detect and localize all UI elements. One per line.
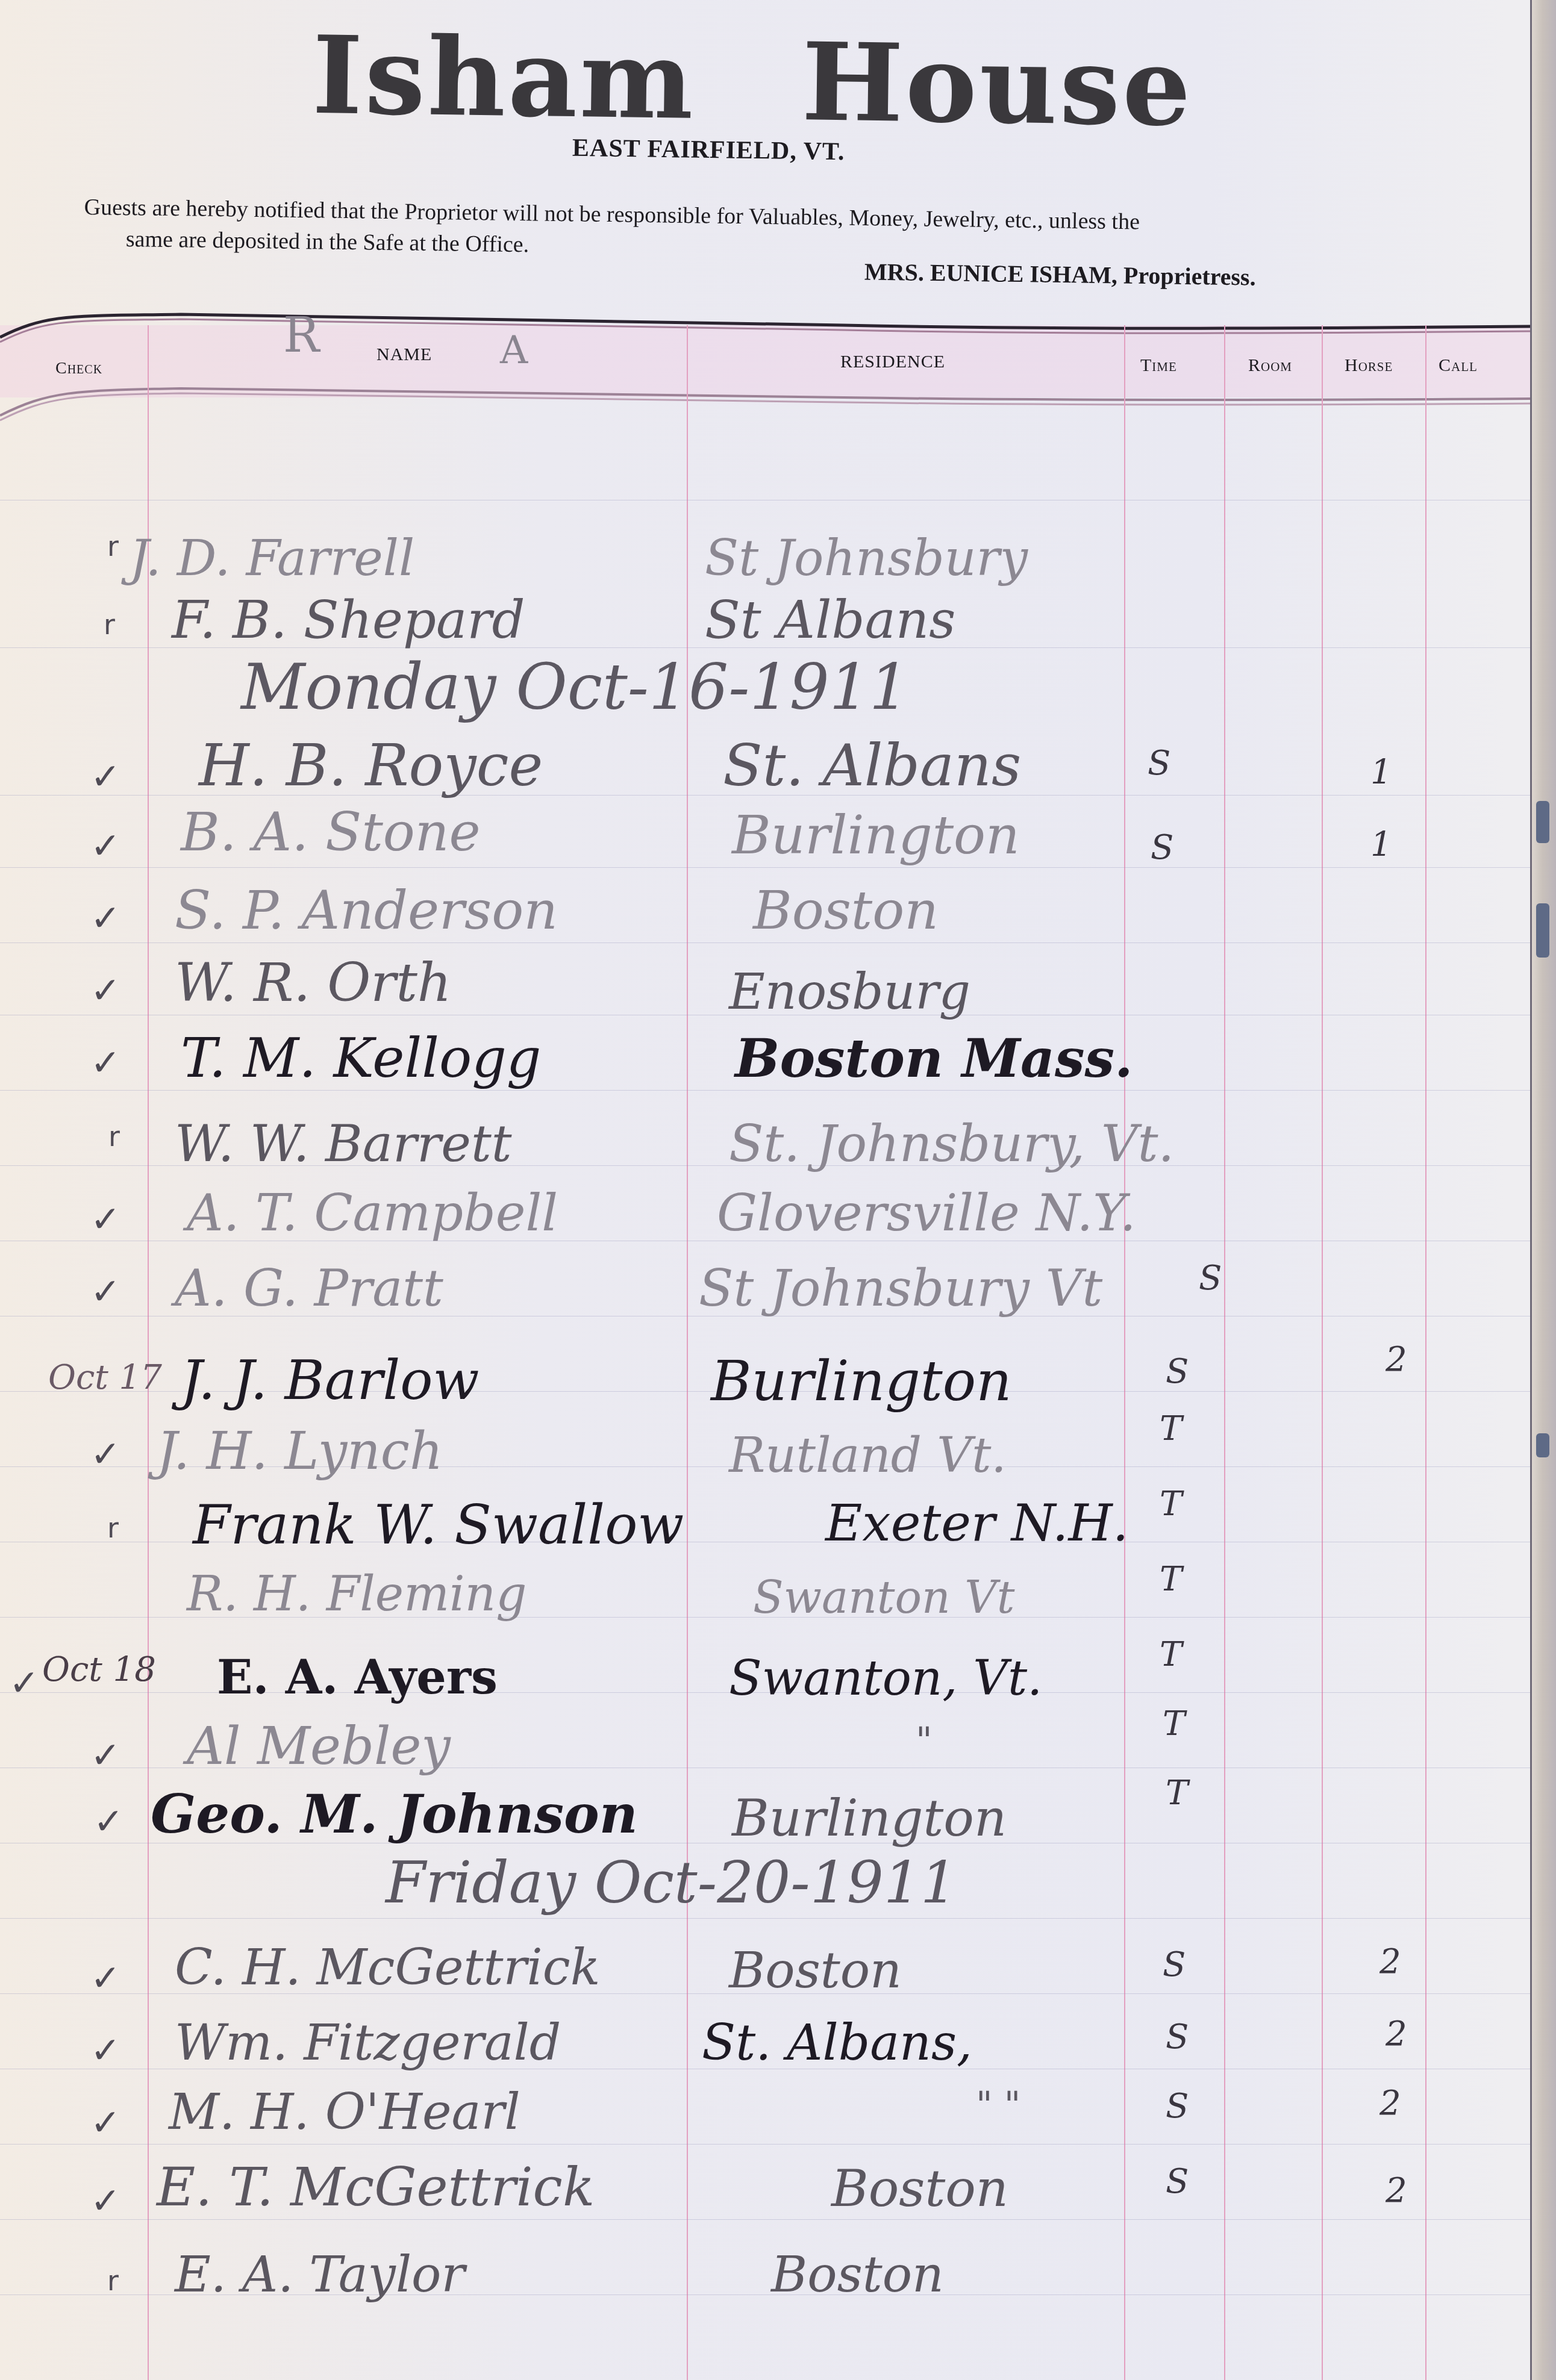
- guest-name: T. M. Kellogg: [181, 1027, 541, 1090]
- horse-count: 2: [1379, 1942, 1401, 1981]
- guest-name: J. H. Lynch: [157, 1421, 443, 1481]
- entry-check: r: [107, 2264, 119, 2297]
- guest-residence: Swanton Vt: [753, 1572, 1014, 1624]
- time-mark: T: [1160, 1409, 1182, 1448]
- time-mark: S: [1166, 2087, 1189, 2126]
- guest-name: J. D. Farrell: [130, 530, 414, 587]
- margin-date-oct17: Oct 17: [48, 1358, 162, 1397]
- time-mark: S: [1148, 744, 1170, 783]
- pencil-mark-r: R: [283, 307, 319, 363]
- horse-count: 1: [1370, 825, 1392, 864]
- proprietor-line: MRS. EUNICE ISHAM, Proprietress.: [864, 257, 1256, 291]
- row-rule: [0, 2144, 1530, 2145]
- hotel-location: EAST FAIRFIELD, VT.: [572, 134, 845, 166]
- column-rule: [148, 325, 149, 2380]
- entry-check: ✓: [90, 1433, 120, 1475]
- time-mark: S: [1151, 828, 1173, 867]
- guest-residence: Boston: [753, 879, 939, 941]
- binding-mark: [1536, 1433, 1549, 1457]
- guest-name: W. W. Barrett: [175, 1114, 511, 1173]
- proprietor-name: MRS. EUNICE ISHAM,: [864, 258, 1118, 288]
- entry-check: ✓: [90, 825, 120, 867]
- column-rule: [1322, 325, 1323, 2380]
- guest-name: M. H. O'Hearl: [169, 2084, 520, 2141]
- guest-name: E. T. McGettrick: [157, 2156, 595, 2218]
- row-rule: [0, 2219, 1530, 2220]
- guest-residence: Burlington: [732, 804, 1020, 866]
- binding-mark: [1536, 903, 1549, 958]
- entry-check: ✓: [90, 1734, 120, 1777]
- horse-count: 2: [1386, 2171, 1407, 2210]
- time-mark: S: [1163, 1945, 1186, 1984]
- entry-check: ✓: [90, 1198, 120, 1241]
- row-rule: [0, 1090, 1530, 1091]
- guest-name: C. H. McGettrick: [175, 1939, 600, 1996]
- column-rule: [687, 325, 688, 2380]
- guest-residence: Burlington: [732, 1789, 1007, 1848]
- guest-residence: Burlington: [711, 1349, 1011, 1413]
- time-mark: T: [1160, 1635, 1182, 1674]
- guest-residence: St Albans: [705, 590, 955, 650]
- time-mark: S: [1166, 2162, 1189, 2201]
- guest-residence: ": [916, 1719, 933, 1762]
- column-header-call: Call: [1439, 355, 1478, 376]
- guest-residence: St. Johnsbury, Vt.: [729, 1114, 1174, 1173]
- binding-mark: [1536, 801, 1549, 843]
- time-mark: S: [1166, 2017, 1189, 2057]
- horse-count: 1: [1370, 753, 1392, 792]
- pencil-mark-a: A: [500, 328, 528, 373]
- guest-name: Al Mebley: [187, 1716, 451, 1777]
- guest-residence: St Johnsbury: [705, 530, 1028, 587]
- guest-residence: Swanton, Vt.: [729, 1650, 1043, 1706]
- date-heading-friday: Friday Oct-20-1911: [386, 1849, 957, 1916]
- time-mark: S: [1199, 1259, 1222, 1298]
- date-heading-monday: Monday Oct-16-1911: [241, 650, 909, 724]
- guest-name: E. A. Taylor: [175, 2246, 465, 2304]
- guest-name: B. A. Stone: [181, 801, 481, 863]
- entry-check: ✓: [90, 1042, 120, 1084]
- row-rule: [0, 867, 1530, 868]
- entry-check: ✓: [93, 1801, 123, 1843]
- column-header-horse: Horse: [1345, 355, 1393, 376]
- guest-name: Geo. M. Johnson: [151, 1783, 638, 1845]
- register-page: Isham House EAST FAIRFIELD, VT. Guests a…: [0, 0, 1530, 2380]
- column-rule: [1124, 325, 1125, 2380]
- guest-residence: St. Albans,: [702, 2014, 972, 2072]
- entry-check: r: [107, 1512, 119, 1544]
- hotel-title: Isham House: [311, 12, 1217, 151]
- guest-name: F. B. Shepard: [172, 590, 525, 650]
- column-rule: [1425, 325, 1426, 2380]
- column-header-time: Time: [1140, 355, 1177, 376]
- guest-name: Frank W. Swallow: [193, 1494, 684, 1557]
- time-mark: T: [1166, 1774, 1188, 1813]
- guest-residence: Gloversville N.Y.: [717, 1183, 1136, 1242]
- entry-check: ✓: [90, 1271, 120, 1313]
- column-header-name: NAME: [377, 344, 432, 365]
- time-mark: T: [1160, 1484, 1182, 1524]
- entry-check: ✓: [9, 1662, 39, 1704]
- time-mark: S: [1166, 1352, 1189, 1391]
- time-mark: T: [1160, 1560, 1182, 1599]
- valuables-notice: Guests are hereby notified that the Prop…: [84, 192, 1434, 273]
- guest-residence: " ": [976, 2084, 1020, 2126]
- column-header-check: Check: [55, 359, 102, 378]
- row-rule: [0, 942, 1530, 943]
- guest-name: W. R. Orth: [175, 952, 451, 1014]
- guest-residence: Rutland Vt.: [729, 1427, 1007, 1483]
- horse-count: 2: [1386, 2014, 1407, 2054]
- horse-count: 2: [1379, 2084, 1401, 2123]
- guest-name: H. B. Royce: [199, 732, 543, 799]
- horse-count: 2: [1386, 1340, 1407, 1379]
- guest-name: A. G. Pratt: [175, 1259, 443, 1318]
- guest-residence: St. Albans: [723, 732, 1021, 799]
- guest-residence: Boston: [729, 1942, 902, 1999]
- guest-residence: Boston Mass.: [735, 1027, 1133, 1089]
- guest-residence: Exeter N.H.: [825, 1494, 1129, 1553]
- guest-name: S. P. Anderson: [175, 879, 558, 941]
- entry-check: ✓: [90, 2102, 120, 2144]
- guest-name: E. A. Ayers: [217, 1650, 498, 1705]
- entry-check: r: [107, 530, 119, 562]
- guest-residence: St Johnsbury Vt: [699, 1259, 1102, 1318]
- guest-name: A. T. Campbell: [187, 1183, 558, 1242]
- entry-check: ✓: [90, 2180, 120, 2222]
- column-header-room: Room: [1248, 355, 1292, 376]
- entry-check: ✓: [90, 897, 120, 939]
- row-rule: [0, 1918, 1530, 1919]
- guest-name: Wm. Fitzgerald: [175, 2014, 561, 2072]
- row-rule: [0, 500, 1530, 500]
- entry-check: r: [108, 1120, 120, 1153]
- time-mark: T: [1163, 1704, 1185, 1743]
- guest-residence: Enosburg: [729, 964, 970, 1021]
- guest-name: J. J. Barlow: [181, 1349, 479, 1412]
- column-header-residence: RESIDENCE: [840, 352, 945, 372]
- entry-check: ✓: [90, 2030, 120, 2072]
- book-binding-edge: [1530, 0, 1556, 2380]
- header-rules: [0, 301, 1530, 422]
- margin-date-oct18: Oct 18: [42, 1650, 156, 1689]
- entry-check: ✓: [90, 970, 120, 1012]
- entry-check: r: [104, 608, 115, 641]
- proprietor-role: Proprietress.: [1123, 261, 1256, 290]
- entry-check: ✓: [90, 1957, 120, 1999]
- entry-check: ✓: [90, 756, 120, 798]
- column-rule: [1224, 325, 1225, 2380]
- guest-residence: Boston: [771, 2246, 944, 2304]
- guest-name: R. H. Fleming: [187, 1566, 526, 1622]
- guest-residence: Boston: [831, 2159, 1008, 2218]
